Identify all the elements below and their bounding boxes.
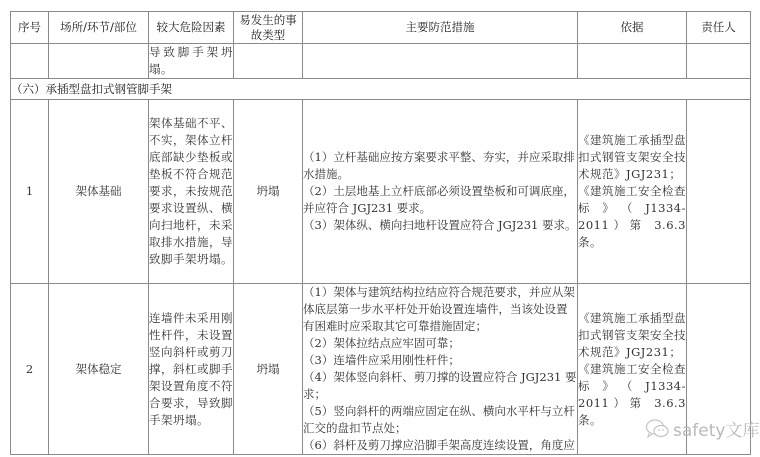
continuation-row: 导致脚手架坍塌。 — [11, 44, 751, 79]
basis-item: 《建筑施工安全检查标》（J1334-2011）第 3.6.3 条。 — [578, 183, 686, 251]
table-row: 2 架体稳定 连墙件未采用刚性杆件，未设置竖向斜杆或剪刀撑，斜杠或脚手架设置角度… — [11, 284, 751, 455]
cell-location: 架体基础 — [49, 100, 149, 284]
measure-item: （1）架体与建筑结构拉结应符合规范要求，并应从架体底层第一步水平杆处开始设置连墙… — [303, 284, 577, 335]
header-responsible: 责任人 — [687, 12, 751, 44]
cell-responsible — [687, 284, 751, 455]
cell-basis — [578, 44, 687, 79]
cell-accident: 坍塌 — [234, 284, 303, 455]
measure-item: （2）土层地基上立杆底部必须设置垫板和可调底座，并应符合 JGJ231 要求。 — [303, 183, 577, 217]
cell-seq: 2 — [11, 284, 49, 455]
section-row: （六）承插型盘扣式钢管脚手架 — [11, 79, 751, 100]
risk-table: 序号 场所/环节/部位 较大危险因素 易发生的事 故类型 主要防范措施 依据 责… — [10, 11, 751, 455]
measure-item: （3）连墙件应采用刚性杆件； — [303, 352, 577, 369]
cell-seq — [11, 44, 49, 79]
cell-seq: 1 — [11, 100, 49, 284]
measure-item: （4）架体竖向斜杆、剪刀撑的设置应符合 JGJ231 要求； — [303, 369, 577, 403]
measure-item: （5）竖向斜杆的两端应固定在纵、横向水平杆与立杆汇交的盘扣节点处； — [303, 403, 577, 437]
measure-item: （1）立杆基础应按方案要求平整、夯实，并应采取排水措施。 — [303, 149, 577, 183]
cell-location: 架体稳定 — [49, 284, 149, 455]
cell-hazard: 架体基础不平、不实，架体立杆底部缺少垫板或垫板不符合规范要求，未按规范要求设置纵… — [149, 100, 234, 284]
table-row: 1 架体基础 架体基础不平、不实，架体立杆底部缺少垫板或垫板不符合规范要求，未按… — [11, 100, 751, 284]
measure-item: （6）斜杆及剪刀撑应沿脚手架高度连续设置，角度应 — [303, 437, 577, 454]
section-title: （六）承插型盘扣式钢管脚手架 — [11, 79, 751, 100]
cell-accident: 坍塌 — [234, 100, 303, 284]
header-seq: 序号 — [11, 12, 49, 44]
cell-location — [49, 44, 149, 79]
cell-measures: （1）架体与建筑结构拉结应符合规范要求，并应从架体底层第一步水平杆处开始设置连墙… — [303, 284, 578, 455]
cell-hazard: 连墙件未采用刚性杆件，未设置竖向斜杆或剪刀撑，斜杠或脚手架设置角度不符合要求，导… — [149, 284, 234, 455]
header-location: 场所/环节/部位 — [49, 12, 149, 44]
cell-accident — [234, 44, 303, 79]
measure-item: （3）架体纵、横向扫地杆设置应符合 JGJ231 要求。 — [303, 217, 577, 234]
cell-hazard: 导致脚手架坍塌。 — [149, 44, 234, 79]
basis-item: 《建筑施工安全检查标》（J1334-2011）第 3.6.3 条。 — [578, 361, 686, 429]
basis-item: 《建筑施工承插型盘扣式钢管支架安全技术规范》JGJ231； — [578, 310, 686, 361]
cell-basis: 《建筑施工承插型盘扣式钢管支架安全技术规范》JGJ231； 《建筑施工安全检查标… — [578, 284, 687, 455]
header-measures: 主要防范措施 — [303, 12, 578, 44]
header-accident-type: 易发生的事 故类型 — [234, 12, 303, 44]
basis-item: 《建筑施工承插型盘扣式钢管支架安全技术规范》JGJ231； — [578, 132, 686, 183]
cell-responsible — [687, 44, 751, 79]
header-row: 序号 场所/环节/部位 较大危险因素 易发生的事 故类型 主要防范措施 依据 责… — [11, 12, 751, 44]
header-accident-line1: 易发生的事 — [234, 13, 302, 28]
header-basis: 依据 — [578, 12, 687, 44]
header-accident-line2: 故类型 — [234, 28, 302, 43]
cell-measures: （1）立杆基础应按方案要求平整、夯实，并应采取排水措施。 （2）土层地基上立杆底… — [303, 100, 578, 284]
header-hazard: 较大危险因素 — [149, 12, 234, 44]
cell-responsible — [687, 100, 751, 284]
measure-item: （2）架体拉结点应牢固可靠； — [303, 335, 577, 352]
cell-basis: 《建筑施工承插型盘扣式钢管支架安全技术规范》JGJ231； 《建筑施工安全检查标… — [578, 100, 687, 284]
cell-measures — [303, 44, 578, 79]
